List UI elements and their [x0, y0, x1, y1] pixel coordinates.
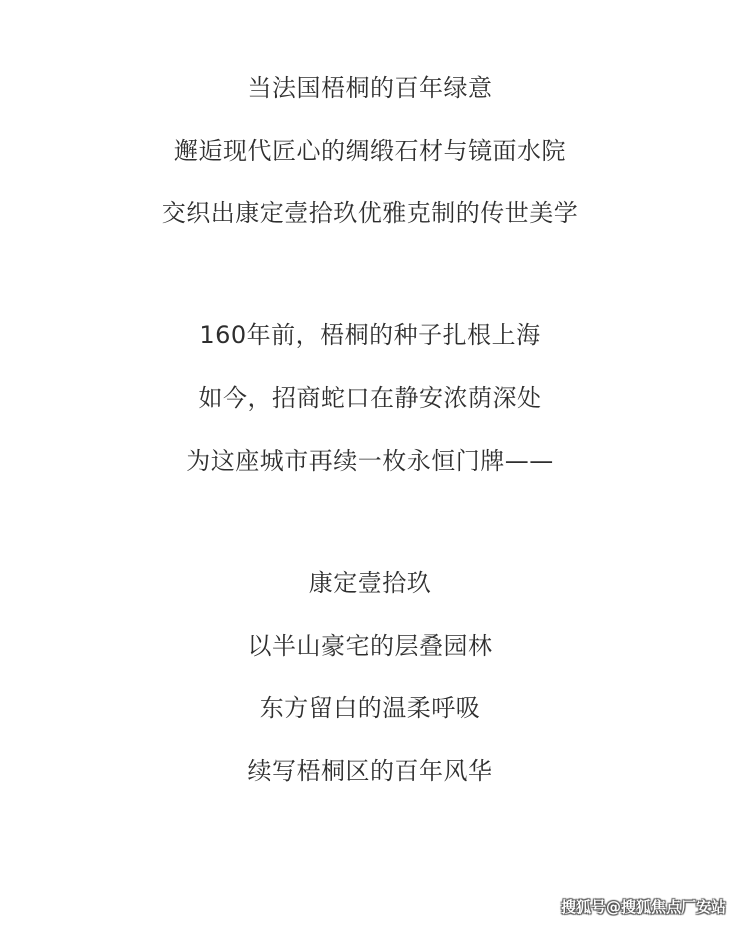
- text-line: 当法国梧桐的百年绿意: [0, 73, 740, 103]
- text-line: 交织出康定壹拾玖优雅克制的传世美学: [0, 198, 740, 228]
- text-line: 邂逅现代匠心的绸缎石材与镜面水院: [0, 136, 740, 166]
- text-line: 如今，招商蛇口在静安浓荫深处: [0, 383, 740, 413]
- text-line: 以半山豪宅的层叠园林: [0, 631, 740, 661]
- text-line: 康定壹拾玖: [0, 568, 740, 598]
- text-line: 为这座城市再续一枚永恒门牌——: [0, 446, 740, 476]
- text-line: 续写梧桐区的百年风华: [0, 756, 740, 786]
- text-line: 东方留白的温柔呼吸: [0, 693, 740, 723]
- text-line: 160年前，梧桐的种子扎根上海: [0, 320, 740, 350]
- watermark: 搜狐号@搜狐焦点厂安站: [561, 897, 726, 917]
